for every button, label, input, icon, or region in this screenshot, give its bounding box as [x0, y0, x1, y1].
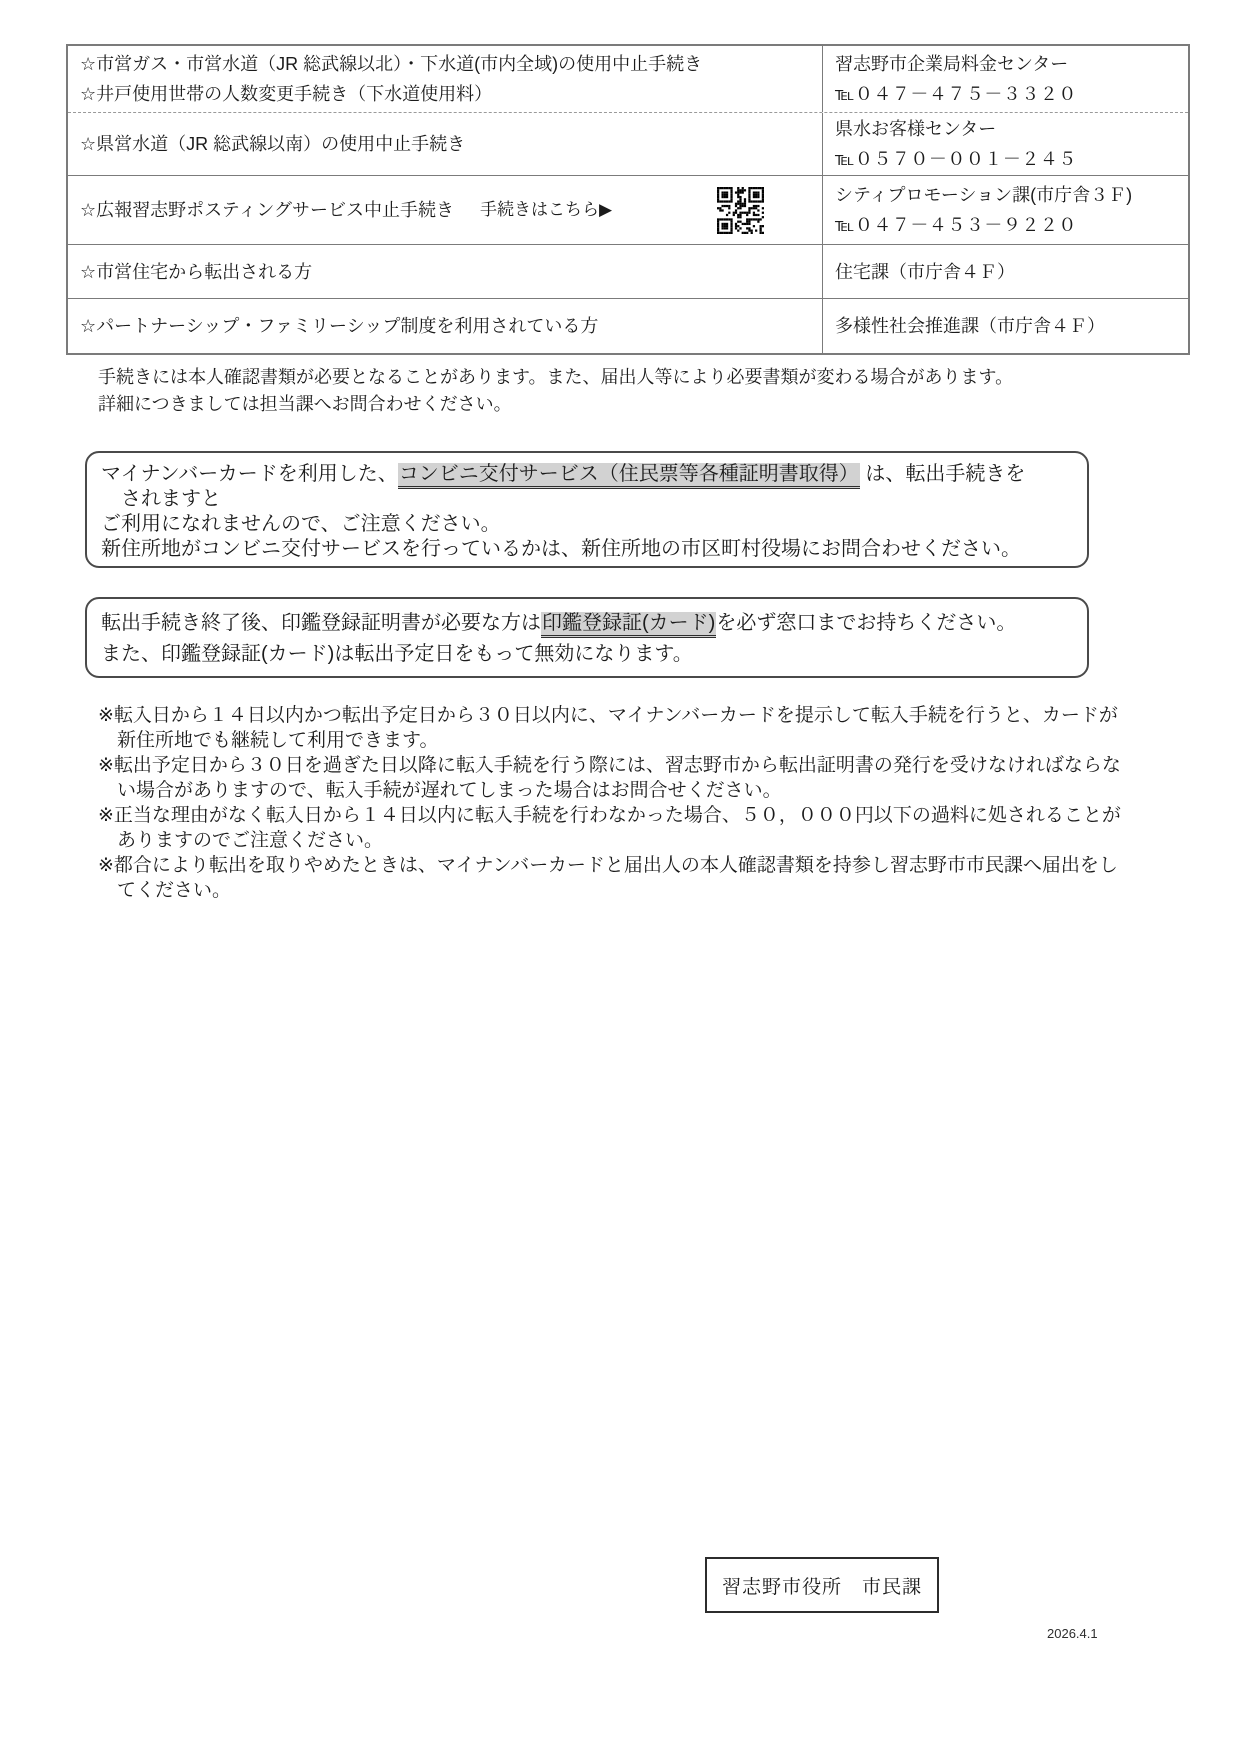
- remark-line: ありますのでご注意ください。: [98, 828, 1173, 853]
- notice-line: ご利用になれませんので、ご注意ください。: [101, 512, 1074, 537]
- remark-line: い場合がありますので、転入手続が遅れてしまった場合はお問合せください。: [98, 778, 1173, 803]
- notice-text: マイナンバーカードを利用した、: [101, 463, 398, 485]
- table-row-municipal-housing: ☆市営住宅から転出される方 住宅課（市庁舎４Ｆ）: [68, 244, 1188, 298]
- table-row-partnership: ☆パートナーシップ・ファミリーシップ制度を利用されている方 多様性社会推進課（市…: [68, 298, 1188, 353]
- contact-name: 習志野市企業局料金センター: [835, 49, 1180, 79]
- contact-tel: ℡０４７－４７５－３３２０: [835, 79, 1180, 109]
- remark-line: ※転出予定日から３０日を過ぎた日以降に転入手続を行う際には、習志野市から転出証明…: [98, 753, 1173, 778]
- procedure-cell: ☆パートナーシップ・ファミリーシップ制度を利用されている方: [68, 299, 822, 353]
- contact-table: ☆市営ガス・市営水道（JR 総武線以北）・下水道(市内全域)の使用中止手続き ☆…: [66, 44, 1190, 355]
- contact-cell: 住宅課（市庁舎４Ｆ）: [822, 245, 1188, 298]
- highlighted-text: 印鑑登録証(カード): [541, 612, 716, 638]
- issuing-office-box: 習志野市役所 市民課: [705, 1557, 939, 1613]
- notice-text: は、転出手続きを: [860, 463, 1026, 485]
- procedure-cell: ☆市営住宅から転出される方: [68, 245, 822, 298]
- procedure-line: ☆県営水道（JR 総武線以南）の使用中止手続き: [80, 129, 812, 159]
- notice-line: されますと: [101, 487, 1074, 512]
- highlighted-text: コンビニ交付サービス（住民票等各種証明書取得）: [398, 463, 860, 489]
- procedure-line: ☆井戸使用世帯の人数変更手続き（下水道使用料）: [80, 79, 812, 109]
- notice-line: マイナンバーカードを利用した、コンビニ交付サービス（住民票等各種証明書取得） は…: [101, 462, 1074, 487]
- remark-line: ※正当な理由がなく転入日から１４日以内に転入手続を行わなかった場合、５０，０００…: [98, 803, 1173, 828]
- contact-name: 多様性社会推進課（市庁舎４Ｆ）: [835, 311, 1180, 341]
- table-row-posting: ☆広報習志野ポスティングサービス中止手続き 手続きはこちら▶ シティプロモーショ…: [68, 175, 1188, 244]
- remarks-list: ※転入日から１４日以内かつ転出予定日から３０日以内に、マイナンバーカードを提示し…: [98, 703, 1173, 903]
- table-note: 手続きには本人確認書類が必要となることがあります。また、届出人等により必要書類が…: [98, 364, 1168, 418]
- remark-item: ※正当な理由がなく転入日から１４日以内に転入手続を行わなかった場合、５０，０００…: [98, 803, 1173, 853]
- document-date: 2026.4.1: [1047, 1626, 1098, 1641]
- table-row-prefectural-water: ☆県営水道（JR 総武線以南）の使用中止手続き 県水お客様センター ℡０５７０－…: [68, 112, 1188, 175]
- contact-cell: 県水お客様センター ℡０５７０－００１－２４５: [822, 113, 1188, 175]
- procedure-line: ☆市営住宅から転出される方: [80, 257, 812, 287]
- procedure-line: ☆市営ガス・市営水道（JR 総武線以北）・下水道(市内全域)の使用中止手続き: [80, 49, 812, 79]
- procedure-line: ☆パートナーシップ・ファミリーシップ制度を利用されている方: [80, 311, 812, 341]
- table-note-line: 詳細につきましては担当課へお問合わせください。: [98, 391, 1168, 418]
- notice-text: を必ず窓口までお持ちください。: [716, 612, 1016, 634]
- table-note-line: 手続きには本人確認書類が必要となることがあります。また、届出人等により必要書類が…: [98, 364, 1168, 391]
- contact-tel: ℡０４７－４５３－９２２０: [835, 210, 1180, 240]
- qr-pointer-label: 手続きはこちら▶: [480, 195, 612, 225]
- notice-line: 新住所地がコンビニ交付サービスを行っているかは、新住所地の市区町村役場にお問合わ…: [101, 537, 1074, 562]
- remark-line: 新住所地でも継続して利用できます。: [98, 728, 1173, 753]
- notice-line: 転出手続き終了後、印鑑登録証明書が必要な方は印鑑登録証(カード)を必ず窓口までお…: [101, 608, 1074, 639]
- remark-item: ※転入日から１４日以内かつ転出予定日から３０日以内に、マイナンバーカードを提示し…: [98, 703, 1173, 753]
- qr-code: [717, 187, 764, 234]
- contact-name: 県水お客様センター: [835, 114, 1180, 144]
- procedure-cell: ☆市営ガス・市営水道（JR 総武線以北）・下水道(市内全域)の使用中止手続き ☆…: [68, 46, 822, 112]
- procedure-cell: ☆広報習志野ポスティングサービス中止手続き 手続きはこちら▶: [68, 176, 822, 244]
- procedure-line: ☆広報習志野ポスティングサービス中止手続き: [80, 195, 454, 225]
- remark-line: てください。: [98, 878, 1173, 903]
- notice-line: また、印鑑登録証(カード)は転出予定日をもって無効になります。: [101, 639, 1074, 670]
- seal-notice-box: 転出手続き終了後、印鑑登録証明書が必要な方は印鑑登録証(カード)を必ず窓口までお…: [85, 597, 1089, 678]
- remark-item: ※転出予定日から３０日を過ぎた日以降に転入手続を行う際には、習志野市から転出証明…: [98, 753, 1173, 803]
- contact-cell: 習志野市企業局料金センター ℡０４７－４７５－３３２０: [822, 46, 1188, 112]
- mynumber-notice-box: マイナンバーカードを利用した、コンビニ交付サービス（住民票等各種証明書取得） は…: [85, 451, 1089, 568]
- contact-name: 住宅課（市庁舎４Ｆ）: [835, 257, 1180, 287]
- remark-line: ※都合により転出を取りやめたときは、マイナンバーカードと届出人の本人確認書類を持…: [98, 853, 1173, 878]
- contact-tel: ℡０５７０－００１－２４５: [835, 144, 1180, 174]
- notice-text: 転出手続き終了後、印鑑登録証明書が必要な方は: [101, 612, 541, 634]
- document-page: ☆市営ガス・市営水道（JR 総武線以北）・下水道(市内全域)の使用中止手続き ☆…: [0, 0, 1241, 1755]
- contact-cell: シティプロモーション課(市庁舎３Ｆ) ℡０４７－４５３－９２２０: [822, 176, 1188, 244]
- contact-name: シティプロモーション課(市庁舎３Ｆ): [835, 180, 1180, 210]
- table-row-utilities: ☆市営ガス・市営水道（JR 総武線以北）・下水道(市内全域)の使用中止手続き ☆…: [68, 46, 1188, 112]
- remark-item: ※都合により転出を取りやめたときは、マイナンバーカードと届出人の本人確認書類を持…: [98, 853, 1173, 903]
- remark-line: ※転入日から１４日以内かつ転出予定日から３０日以内に、マイナンバーカードを提示し…: [98, 703, 1173, 728]
- procedure-cell: ☆県営水道（JR 総武線以南）の使用中止手続き: [68, 113, 822, 175]
- contact-cell: 多様性社会推進課（市庁舎４Ｆ）: [822, 299, 1188, 353]
- issuing-office-label: 習志野市役所 市民課: [722, 1572, 922, 1599]
